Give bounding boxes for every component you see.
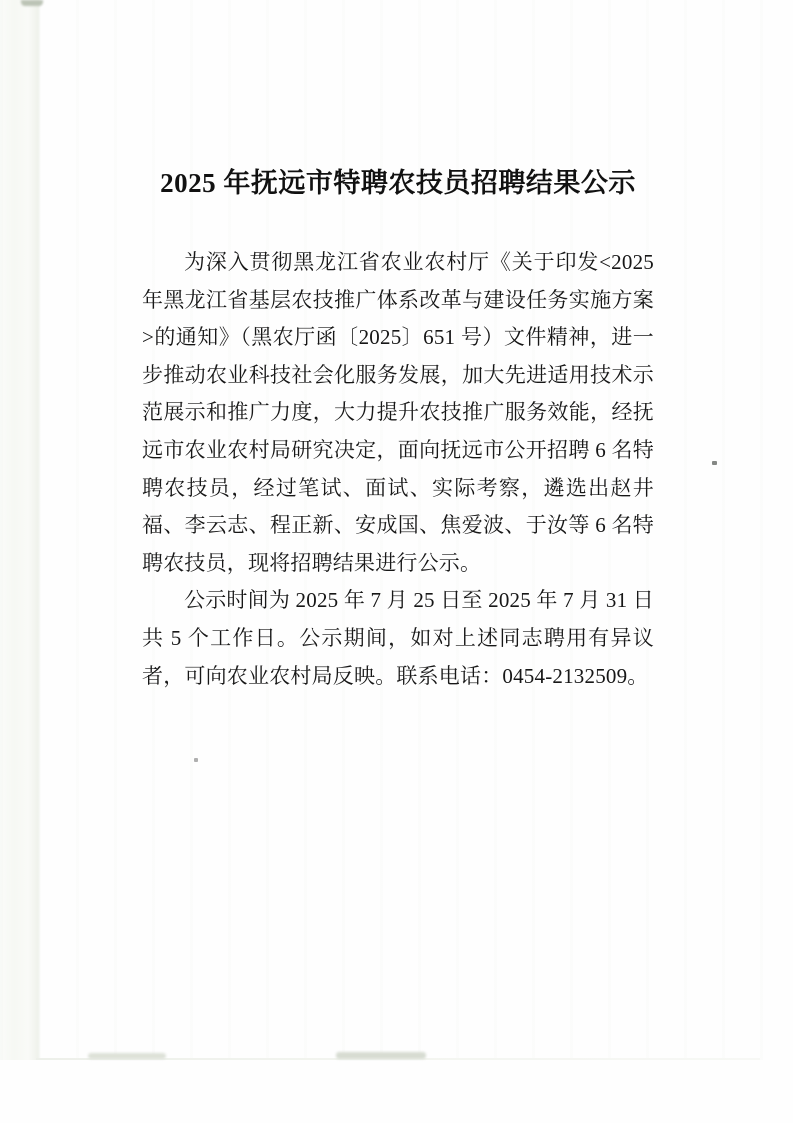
scan-left-paper-edge	[0, 0, 40, 1060]
document-content: 2025 年抚远市特聘农技员招聘结果公示 为深入贯彻黑龙江省农业农村厅《关于印发…	[142, 0, 654, 695]
document-body: 为深入贯彻黑龙江省农业农村厅《关于印发<2025 年黑龙江省基层农技推广体系改革…	[142, 244, 654, 695]
scanned-page: 2025 年抚远市特聘农技员招聘结果公示 为深入贯彻黑龙江省农业农村厅《关于印发…	[0, 0, 793, 1123]
scan-smudge-bottom-left	[88, 1053, 166, 1059]
scan-smudge-bottom-center	[336, 1052, 426, 1059]
scan-speck	[194, 758, 198, 762]
document-title: 2025 年抚远市特聘农技员招聘结果公示	[142, 163, 654, 204]
body-paragraph-2: 公示时间为 2025 年 7 月 25 日至 2025 年 7 月 31 日共 …	[142, 582, 654, 695]
scan-smudge-top-left	[21, 0, 43, 6]
scan-speck	[712, 461, 717, 465]
body-paragraph-1: 为深入贯彻黑龙江省农业农村厅《关于印发<2025 年黑龙江省基层农技推广体系改革…	[142, 244, 654, 582]
